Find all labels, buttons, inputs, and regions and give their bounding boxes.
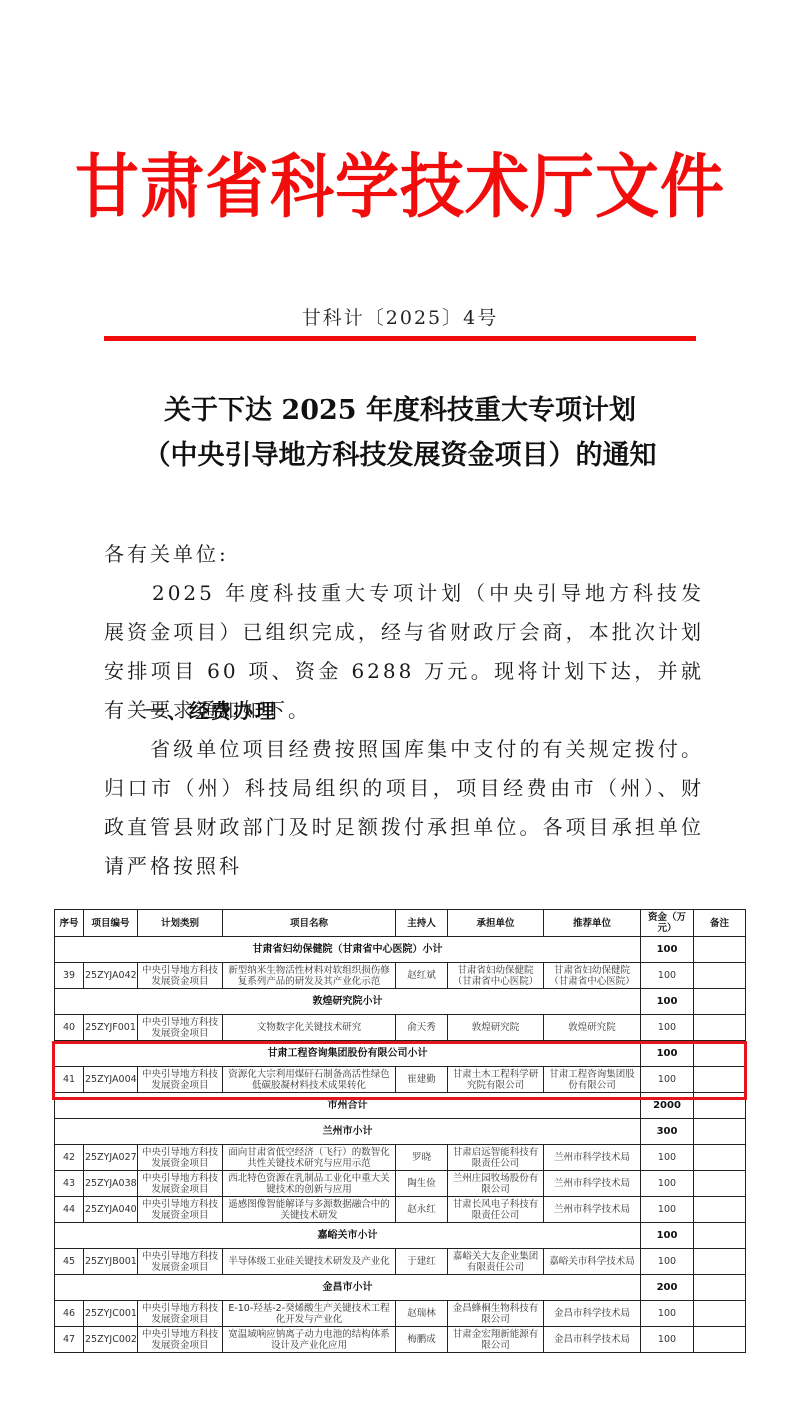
table-row: 4625ZYJC001中央引导地方科技发展资金项目E-10-羟基-2-癸烯酸生产…: [55, 1301, 746, 1327]
cell-note: [694, 1327, 746, 1353]
cell-amount: 100: [641, 963, 694, 989]
notice-title-line1: 关于下达 2025 年度科技重大专项计划: [0, 388, 800, 427]
cell-code: 25ZYJA004: [84, 1067, 138, 1093]
cell-recommender: 嘉峪关市科学技术局: [544, 1249, 641, 1275]
subtotal-row: 金昌市小计200: [55, 1275, 746, 1301]
cell-amount: 100: [641, 1249, 694, 1275]
cell-note: [694, 1145, 746, 1171]
cell-name: 遥感图像智能解译与多源数据融合中的关键技术研发: [223, 1197, 396, 1223]
cell-recommender: 甘肃工程咨询集团股份有限公司: [544, 1067, 641, 1093]
cell-code: 25ZYJF001: [84, 1015, 138, 1041]
project-table: 序号 项目编号 计划类别 项目名称 主持人 承担单位 推荐单位 资金（万元） 备…: [54, 909, 746, 1353]
cell-note: [694, 1015, 746, 1041]
col-header-no: 序号: [55, 910, 84, 937]
subtotal-amount: 300: [641, 1119, 694, 1145]
cell-no: 47: [55, 1327, 84, 1353]
cell-note: [694, 1249, 746, 1275]
cell-name: 半导体级工业硅关键技术研发及产业化: [223, 1249, 396, 1275]
cell-amount: 100: [641, 1197, 694, 1223]
cell-undertaker: 甘肃启远智能科技有限责任公司: [448, 1145, 544, 1171]
subtotal-amount: 100: [641, 1223, 694, 1249]
cell-note: [694, 1197, 746, 1223]
subtotal-note: [694, 1093, 746, 1119]
subtotal-note: [694, 1223, 746, 1249]
subtotal-label: 市州合计: [55, 1093, 641, 1119]
table-row: 3925ZYJA042中央引导地方科技发展资金项目新型纳米生物活性材料对软组织损…: [55, 963, 746, 989]
cell-undertaker: 甘肃长风电子科技有限责任公司: [448, 1197, 544, 1223]
col-header-recommender: 推荐单位: [544, 910, 641, 937]
cell-no: 42: [55, 1145, 84, 1171]
col-header-amount: 资金（万元）: [641, 910, 694, 937]
cell-note: [694, 963, 746, 989]
cell-no: 45: [55, 1249, 84, 1275]
cell-leader: 梅鹏成: [396, 1327, 448, 1353]
cell-category: 中央引导地方科技发展资金项目: [138, 1301, 223, 1327]
cell-leader: 陶生俭: [396, 1171, 448, 1197]
cell-category: 中央引导地方科技发展资金项目: [138, 1171, 223, 1197]
table-row: 4225ZYJA027中央引导地方科技发展资金项目面向甘肃省低空经济（飞行）的数…: [55, 1145, 746, 1171]
subtotal-label: 敦煌研究院小计: [55, 989, 641, 1015]
cell-recommender: 甘肃省妇幼保健院（甘肃省中心医院）: [544, 963, 641, 989]
cell-category: 中央引导地方科技发展资金项目: [138, 1327, 223, 1353]
cell-no: 39: [55, 963, 84, 989]
cell-category: 中央引导地方科技发展资金项目: [138, 1145, 223, 1171]
subtotal-label: 嘉峪关市小计: [55, 1223, 641, 1249]
table-row: 4725ZYJC002中央引导地方科技发展资金项目宽温域响应钠离子动力电池的结构…: [55, 1327, 746, 1353]
subtotal-amount: 2000: [641, 1093, 694, 1119]
subtotal-note: [694, 1119, 746, 1145]
subtotal-note: [694, 937, 746, 963]
cell-recommender: 兰州市科学技术局: [544, 1197, 641, 1223]
cell-category: 中央引导地方科技发展资金项目: [138, 1015, 223, 1041]
cell-undertaker: 嘉峪关大友企业集团有限责任公司: [448, 1249, 544, 1275]
cell-leader: 罗晓: [396, 1145, 448, 1171]
subtotal-row: 嘉峪关市小计100: [55, 1223, 746, 1249]
col-header-category: 计划类别: [138, 910, 223, 937]
cell-amount: 100: [641, 1145, 694, 1171]
cell-name: 面向甘肃省低空经济（飞行）的数智化共性关键技术研究与应用示范: [223, 1145, 396, 1171]
subtotal-row: 市州合计2000: [55, 1093, 746, 1119]
table-row: 4025ZYJF001中央引导地方科技发展资金项目文物数字化关键技术研究俞天秀敦…: [55, 1015, 746, 1041]
cell-recommender: 金昌市科学技术局: [544, 1327, 641, 1353]
cell-amount: 100: [641, 1327, 694, 1353]
notice-title-line2: （中央引导地方科技发展资金项目）的通知: [0, 433, 800, 472]
col-header-name: 项目名称: [223, 910, 396, 937]
table-row: 4325ZYJA038中央引导地方科技发展资金项目西北特色资源在乳制品工业化中重…: [55, 1171, 746, 1197]
cell-name: 西北特色资源在乳制品工业化中重大关键技术的创新与应用: [223, 1171, 396, 1197]
cell-leader: 赵瑞林: [396, 1301, 448, 1327]
table-row: 4425ZYJA040中央引导地方科技发展资金项目遥感图像智能解译与多源数据融合…: [55, 1197, 746, 1223]
cell-leader: 俞天秀: [396, 1015, 448, 1041]
col-header-note: 备注: [694, 910, 746, 937]
subtotal-note: [694, 1275, 746, 1301]
cell-leader: 于建红: [396, 1249, 448, 1275]
cell-category: 中央引导地方科技发展资金项目: [138, 963, 223, 989]
cell-note: [694, 1067, 746, 1093]
subtotal-row: 甘肃省妇幼保健院（甘肃省中心医院）小计100: [55, 937, 746, 963]
cell-recommender: 兰州市科学技术局: [544, 1171, 641, 1197]
cell-undertaker: 金昌蜂桐生物科技有限公司: [448, 1301, 544, 1327]
cell-leader: 赵永红: [396, 1197, 448, 1223]
subtotal-amount: 100: [641, 989, 694, 1015]
table-body: 甘肃省妇幼保健院（甘肃省中心医院）小计1003925ZYJA042中央引导地方科…: [55, 937, 746, 1353]
cell-no: 46: [55, 1301, 84, 1327]
table-row: 4125ZYJA004中央引导地方科技发展资金项目资源化大宗利用煤矸石制备高活性…: [55, 1067, 746, 1093]
cell-leader: 崔建勤: [396, 1067, 448, 1093]
col-header-leader: 主持人: [396, 910, 448, 937]
document-number: 甘科计〔2025〕4号: [0, 303, 800, 330]
cell-code: 25ZYJA040: [84, 1197, 138, 1223]
subtotal-row: 甘肃工程咨询集团股份有限公司小计100: [55, 1041, 746, 1067]
subtotal-amount: 100: [641, 937, 694, 963]
cell-no: 41: [55, 1067, 84, 1093]
cell-recommender: 敦煌研究院: [544, 1015, 641, 1041]
table-row: 4525ZYJB001中央引导地方科技发展资金项目半导体级工业硅关键技术研发及产…: [55, 1249, 746, 1275]
cell-code: 25ZYJC001: [84, 1301, 138, 1327]
cell-category: 中央引导地方科技发展资金项目: [138, 1067, 223, 1093]
subtotal-label: 兰州市小计: [55, 1119, 641, 1145]
document-masthead: 甘肃省科学技术厅文件: [0, 145, 800, 231]
cell-code: 25ZYJA038: [84, 1171, 138, 1197]
cell-name: 资源化大宗利用煤矸石制备高活性绿色低碳胶凝材料技术成果转化: [223, 1067, 396, 1093]
subtotal-label: 甘肃省妇幼保健院（甘肃省中心医院）小计: [55, 937, 641, 963]
cell-no: 44: [55, 1197, 84, 1223]
cell-amount: 100: [641, 1067, 694, 1093]
col-header-code: 项目编号: [84, 910, 138, 937]
cell-category: 中央引导地方科技发展资金项目: [138, 1197, 223, 1223]
subtotal-row: 敦煌研究院小计100: [55, 989, 746, 1015]
cell-code: 25ZYJA042: [84, 963, 138, 989]
cell-note: [694, 1301, 746, 1327]
cell-undertaker: 甘肃金宏翔新能源有限公司: [448, 1327, 544, 1353]
cell-no: 43: [55, 1171, 84, 1197]
cell-undertaker: 兰州庄园牧场股份有限公司: [448, 1171, 544, 1197]
cell-category: 中央引导地方科技发展资金项目: [138, 1249, 223, 1275]
cell-undertaker: 甘肃土木工程科学研究院有限公司: [448, 1067, 544, 1093]
subtotal-note: [694, 989, 746, 1015]
subtotal-amount: 100: [641, 1041, 694, 1067]
cell-leader: 赵红斌: [396, 963, 448, 989]
cell-name: 文物数字化关键技术研究: [223, 1015, 396, 1041]
subtotal-label: 甘肃工程咨询集团股份有限公司小计: [55, 1041, 641, 1067]
cell-code: 25ZYJA027: [84, 1145, 138, 1171]
section-heading-funding: 一、经费办理: [145, 695, 277, 724]
red-divider-line: [104, 336, 696, 341]
cell-amount: 100: [641, 1301, 694, 1327]
cell-name: 宽温域响应钠离子动力电池的结构体系设计及产业化应用: [223, 1327, 396, 1353]
cell-undertaker: 敦煌研究院: [448, 1015, 544, 1041]
cell-note: [694, 1171, 746, 1197]
subtotal-label: 金昌市小计: [55, 1275, 641, 1301]
paragraph-funding: 省级单位项目经费按照国库集中支付的有关规定拨付。归口市（州）科技局组织的项目，项…: [104, 730, 704, 886]
cell-recommender: 兰州市科学技术局: [544, 1145, 641, 1171]
cell-undertaker: 甘肃省妇幼保健院（甘肃省中心医院）: [448, 963, 544, 989]
table-header-row: 序号 项目编号 计划类别 项目名称 主持人 承担单位 推荐单位 资金（万元） 备…: [55, 910, 746, 937]
cell-recommender: 金昌市科学技术局: [544, 1301, 641, 1327]
subtotal-row: 兰州市小计300: [55, 1119, 746, 1145]
col-header-undertaker: 承担单位: [448, 910, 544, 937]
cell-amount: 100: [641, 1015, 694, 1041]
cell-name: E-10-羟基-2-癸烯酸生产关键技术工程化开发与产业化: [223, 1301, 396, 1327]
cell-code: 25ZYJB001: [84, 1249, 138, 1275]
subtotal-amount: 200: [641, 1275, 694, 1301]
cell-amount: 100: [641, 1171, 694, 1197]
subtotal-note: [694, 1041, 746, 1067]
cell-code: 25ZYJC002: [84, 1327, 138, 1353]
cell-name: 新型纳米生物活性材料对软组织损伤修复系列产品的研发及其产业化示范: [223, 963, 396, 989]
salutation: 各有关单位:: [104, 535, 704, 574]
cell-no: 40: [55, 1015, 84, 1041]
